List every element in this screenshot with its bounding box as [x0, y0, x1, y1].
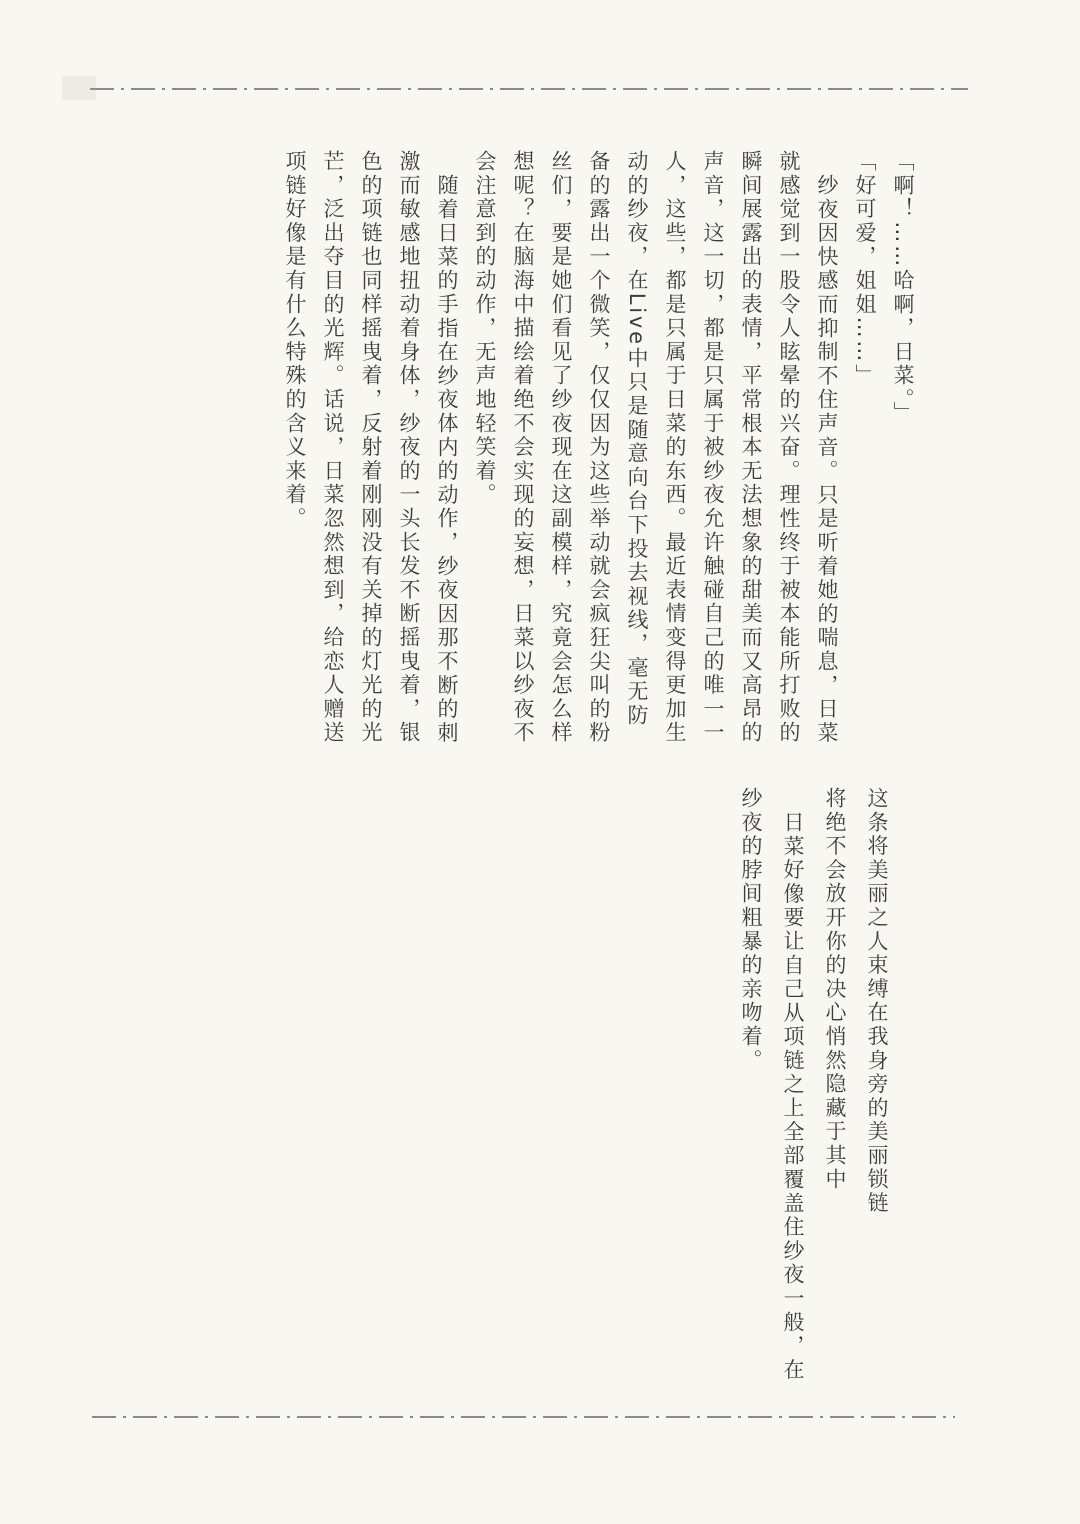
- dialogue-line: 「啊！……哈啊，日菜。」: [884, 150, 922, 749]
- scanned-novel-page: 「啊！……哈啊，日菜。」 「好可爱，姐姐……」 纱夜因快感而抑制不住声音。只是听…: [0, 0, 1080, 1524]
- narration-paragraph: 日菜好像要让自己从项链之上全部覆盖住纱夜一般，在纱夜的脖间粗暴的亲吻着。: [730, 787, 814, 1386]
- inner-monologue-line: 将绝不会放开你的决心悄然隐藏于其中: [814, 787, 856, 1386]
- upper-text-block: 「啊！……哈啊，日菜。」 「好可爱，姐姐……」 纱夜因快感而抑制不住声音。只是听…: [276, 150, 922, 749]
- top-dash-dot-rule: [90, 88, 968, 90]
- inner-monologue-line: 这条将美丽之人束缚在我身旁的美丽锁链: [856, 787, 898, 1386]
- dialogue-line: 「好可爱，姐姐……」: [846, 150, 884, 749]
- narration-paragraph: 随着日菜的手指在纱夜体内的动作，纱夜因那不断的刺激而敏感地扭动着身体，纱夜的一头…: [276, 150, 466, 749]
- lower-text-block: 这条将美丽之人束缚在我身旁的美丽锁链 将绝不会放开你的决心悄然隐藏于其中 日菜好…: [730, 787, 898, 1386]
- narration-paragraph: 纱夜因快感而抑制不住声音。只是听着她的喘息，日菜就感觉到一股令人眩晕的兴奋。理性…: [466, 150, 846, 749]
- scan-smudge: [62, 76, 96, 100]
- bottom-dash-dot-rule: [92, 1416, 955, 1418]
